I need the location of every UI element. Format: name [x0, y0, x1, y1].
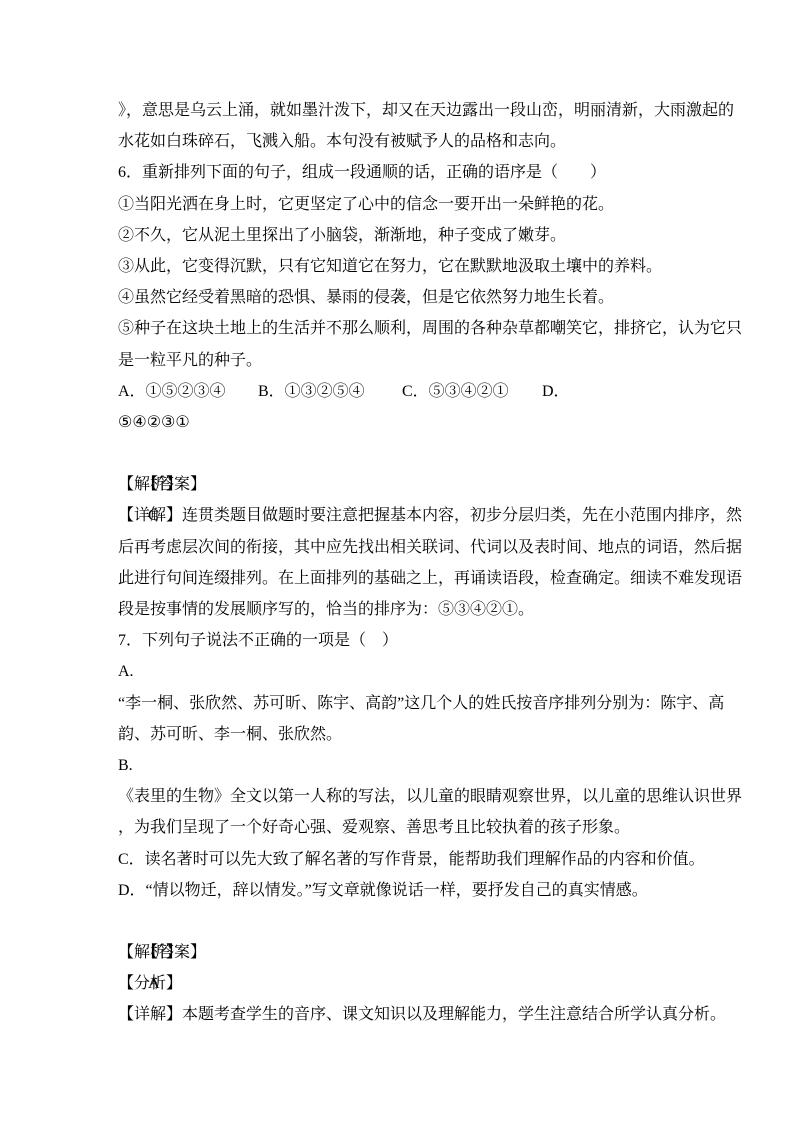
q6-detail-line-2: 后再考虑层次间的衔接，其中应先找出相关联词、代词以及表时间、地点的词语，然后据	[118, 532, 684, 563]
q7-option-d: D．“情以物迁，辞以情发。”写文章就像说话一样，要抒发自己的真实情感。	[118, 875, 684, 906]
q7-option-a-label: A.	[118, 656, 684, 687]
q6-option-a: A．①⑤②③④	[118, 376, 258, 407]
intro-line-1: 》，意思是乌云上涌，就如墨汁泼下，却又在天边露出一段山峦，明丽清新，大雨激起的	[118, 95, 684, 126]
q6-option-c: C．⑤③④②①	[402, 376, 542, 407]
q6-option-d-wrap: ⑤④②③①	[118, 407, 684, 438]
q7-option-a-line-1: “李一桐、张欣然、苏可昕、陈宇、高韵”这几个人的姓氏按音序排列分别为：陈宇、高	[118, 688, 684, 719]
q6-answer-row: 【答案】 C	[118, 438, 684, 469]
q6-detail-line-1: 【详解】连贯类题目做题时要注意把握基本内容，初步分层归类，先在小范围内排序，然	[118, 500, 684, 531]
q6-sentence-1: ①当阳光洒在身上时，它更坚定了心中的信念一要开出一朵鲜艳的花。	[118, 189, 684, 220]
q6-sentence-5-line-1: ⑤种子在这块土地上的生活并不那么顺利，周围的各种杂草都嘲笑它，排挤它，认为它只	[118, 313, 684, 344]
intro-line-2: 水花如白珠碎石，飞溅入船。本句没有被赋予人的品格和志向。	[118, 126, 684, 157]
text-column: 》，意思是乌云上涌，就如墨汁泼下，却又在天边露出一段山峦，明丽清新，大雨激起的 …	[118, 95, 684, 1031]
q6-option-b: B．①③②⑤④	[258, 376, 402, 407]
q6-detail-line-4: 段是按事情的发展顺序写的，恰当的排序为：⑤③④②①。	[118, 594, 684, 625]
q7-analysis2-label: 【分析】	[118, 968, 684, 999]
q7-detail: 【详解】本题考查学生的音序、课文知识以及理解能力，学生注意结合所学认真分析。	[118, 999, 684, 1030]
q7-option-b-line-2: ，为我们呈现了一个好奇心强、爱观察、善思考且比较执着的孩子形象。	[118, 812, 684, 843]
q6-sentence-5-line-2: 是一粒平凡的种子。	[118, 345, 684, 376]
q7-option-b-label: B.	[118, 750, 684, 781]
document-page: 》，意思是乌云上涌，就如墨汁泼下，却又在天边露出一段山峦，明丽清新，大雨激起的 …	[0, 0, 794, 1123]
q7-option-c: C．读名著时可以先大致了解名著的写作背景，能帮助我们理解作品的内容和价值。	[118, 844, 684, 875]
q6-sentence-4: ④虽然它经受着黑暗的恐惧、暴雨的侵袭，但是它依然努力地生长着。	[118, 282, 684, 313]
q6-sentence-3: ③从此，它变得沉默，只有它知道它在努力，它在默默地汲取土壤中的养料。	[118, 251, 684, 282]
q6-detail-line-3: 此进行句间连缀排列。在上面排列的基础之上，再诵读语段，检查确定。细读不难发现语	[118, 563, 684, 594]
q6-option-d-label: D．	[542, 376, 570, 407]
q6-options-row: A．①⑤②③④ B．①③②⑤④ C．⑤③④②① D．	[118, 376, 684, 407]
q7-option-a-line-2: 韵、苏可昕、李一桐、张欣然。	[118, 719, 684, 750]
q7-option-b-line-1: 《表里的生物》全文以第一人称的写法，以儿童的眼睛观察世界，以儿童的思维认识世界	[118, 781, 684, 812]
q6-sentence-2: ②不久，它从泥土里探出了小脑袋，渐渐地，种子变成了嫩芽。	[118, 220, 684, 251]
q7-stem: 7．下列句子说法不正确的一项是（ ）	[118, 625, 684, 656]
q7-answer-row: 【答案】 A	[118, 906, 684, 937]
q6-stem: 6．重新排列下面的句子，组成一段通顺的话，正确的语序是（ ）	[118, 157, 684, 188]
